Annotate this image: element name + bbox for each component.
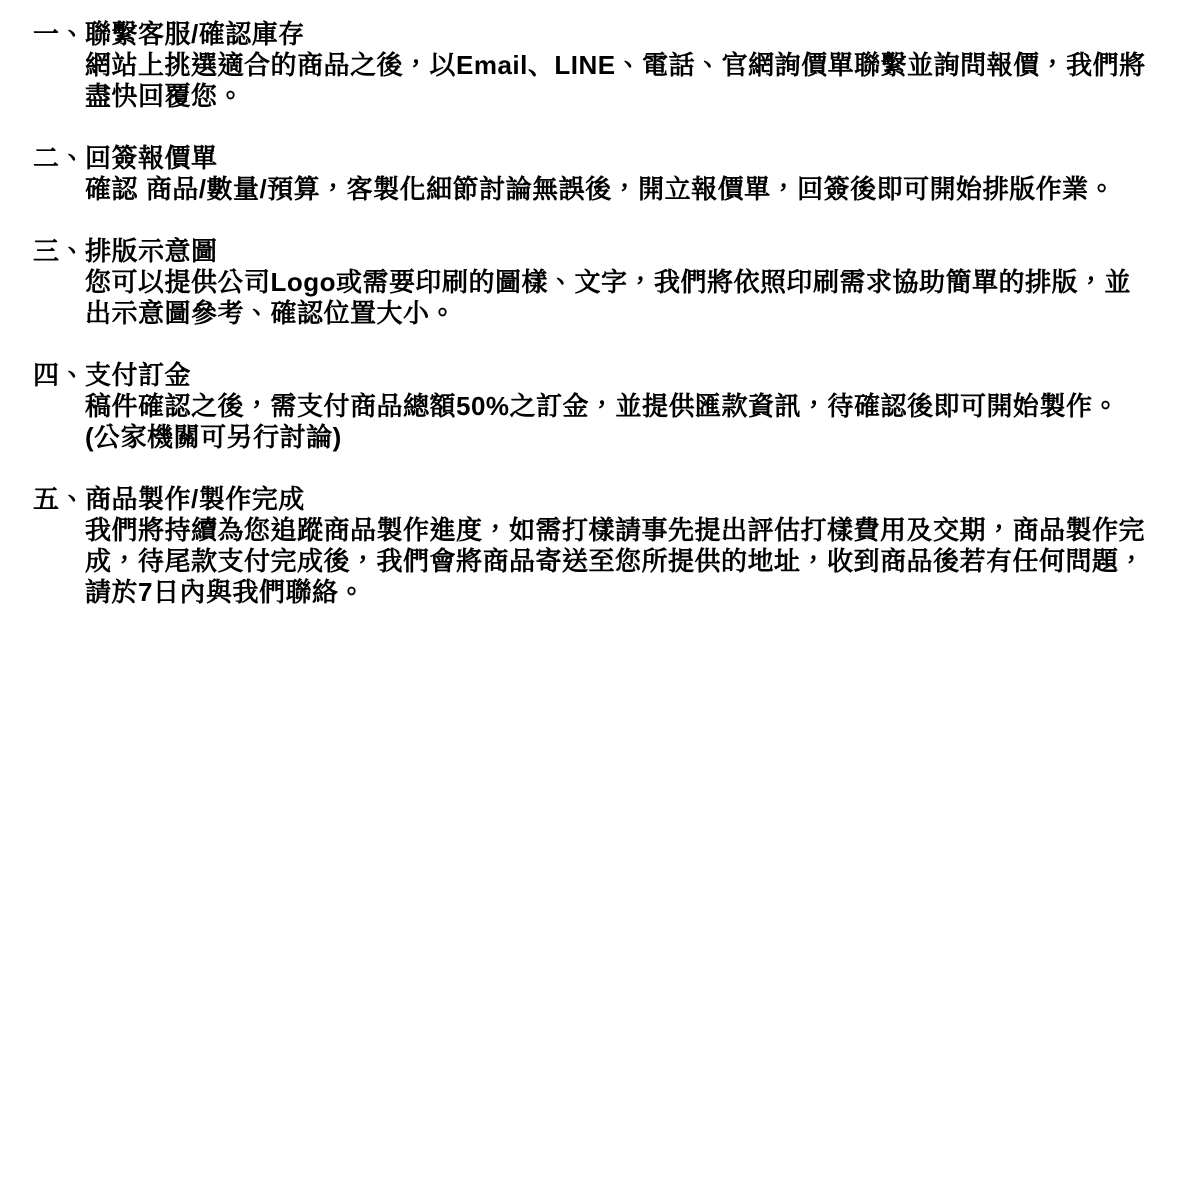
step-body-line: 稿件確認之後，需支付商品總額50%之訂金，並提供匯款資訊，待確認後即可開始製作。 xyxy=(85,391,1161,422)
step-body-line: 網站上挑選適合的商品之後，以Email、LINE、電話、官網詢價單聯繫並詢問報價… xyxy=(85,50,1161,81)
step-body-line: 請於7日內與我們聯絡。 xyxy=(85,577,1161,608)
step-number: 三、 xyxy=(33,236,85,267)
process-step: 五、 商品製作/製作完成 我們將持續為您追蹤商品製作進度，如需打樣請事先提出評估… xyxy=(33,484,1161,608)
process-step: 四、 支付訂金 稿件確認之後，需支付商品總額50%之訂金，並提供匯款資訊，待確認… xyxy=(33,360,1161,453)
step-content: 回簽報價單 確認 商品/數量/預算，客製化細節討論無誤後，開立報價單，回簽後即可… xyxy=(85,143,1161,205)
process-step: 三、 排版示意圖 您可以提供公司Logo或需要印刷的圖樣、文字，我們將依照印刷需… xyxy=(33,236,1161,329)
step-number: 二、 xyxy=(33,143,85,174)
step-content: 排版示意圖 您可以提供公司Logo或需要印刷的圖樣、文字，我們將依照印刷需求協助… xyxy=(85,236,1161,329)
step-title: 商品製作/製作完成 xyxy=(85,484,1161,515)
step-title: 回簽報價單 xyxy=(85,143,1161,174)
order-process-document: 一、 聯繫客服/確認庫存 網站上挑選適合的商品之後，以Email、LINE、電話… xyxy=(0,0,1181,1181)
process-step: 一、 聯繫客服/確認庫存 網站上挑選適合的商品之後，以Email、LINE、電話… xyxy=(33,19,1161,112)
step-body-line: 我們將持續為您追蹤商品製作進度，如需打樣請事先提出評估打樣費用及交期，商品製作完 xyxy=(85,515,1161,546)
step-number: 一、 xyxy=(33,19,85,50)
step-body-line: 確認 商品/數量/預算，客製化細節討論無誤後，開立報價單，回簽後即可開始排版作業… xyxy=(85,174,1161,205)
process-step: 二、 回簽報價單 確認 商品/數量/預算，客製化細節討論無誤後，開立報價單，回簽… xyxy=(33,143,1161,205)
step-title: 排版示意圖 xyxy=(85,236,1161,267)
step-body-line: 您可以提供公司Logo或需要印刷的圖樣、文字，我們將依照印刷需求協助簡單的排版，… xyxy=(85,267,1161,298)
step-title: 支付訂金 xyxy=(85,360,1161,391)
step-number: 四、 xyxy=(33,360,85,391)
step-body-line: 出示意圖參考、確認位置大小。 xyxy=(85,298,1161,329)
step-body-line: (公家機關可另行討論) xyxy=(85,422,1161,453)
step-title: 聯繫客服/確認庫存 xyxy=(85,19,1161,50)
step-content: 支付訂金 稿件確認之後，需支付商品總額50%之訂金，並提供匯款資訊，待確認後即可… xyxy=(85,360,1161,453)
process-steps-list: 一、 聯繫客服/確認庫存 網站上挑選適合的商品之後，以Email、LINE、電話… xyxy=(33,19,1161,608)
step-content: 聯繫客服/確認庫存 網站上挑選適合的商品之後，以Email、LINE、電話、官網… xyxy=(85,19,1161,112)
step-content: 商品製作/製作完成 我們將持續為您追蹤商品製作進度，如需打樣請事先提出評估打樣費… xyxy=(85,484,1161,608)
step-body-line: 成，待尾款支付完成後，我們會將商品寄送至您所提供的地址，收到商品後若有任何問題， xyxy=(85,546,1161,577)
step-number: 五、 xyxy=(33,484,85,515)
step-body-line: 盡快回覆您。 xyxy=(85,81,1161,112)
